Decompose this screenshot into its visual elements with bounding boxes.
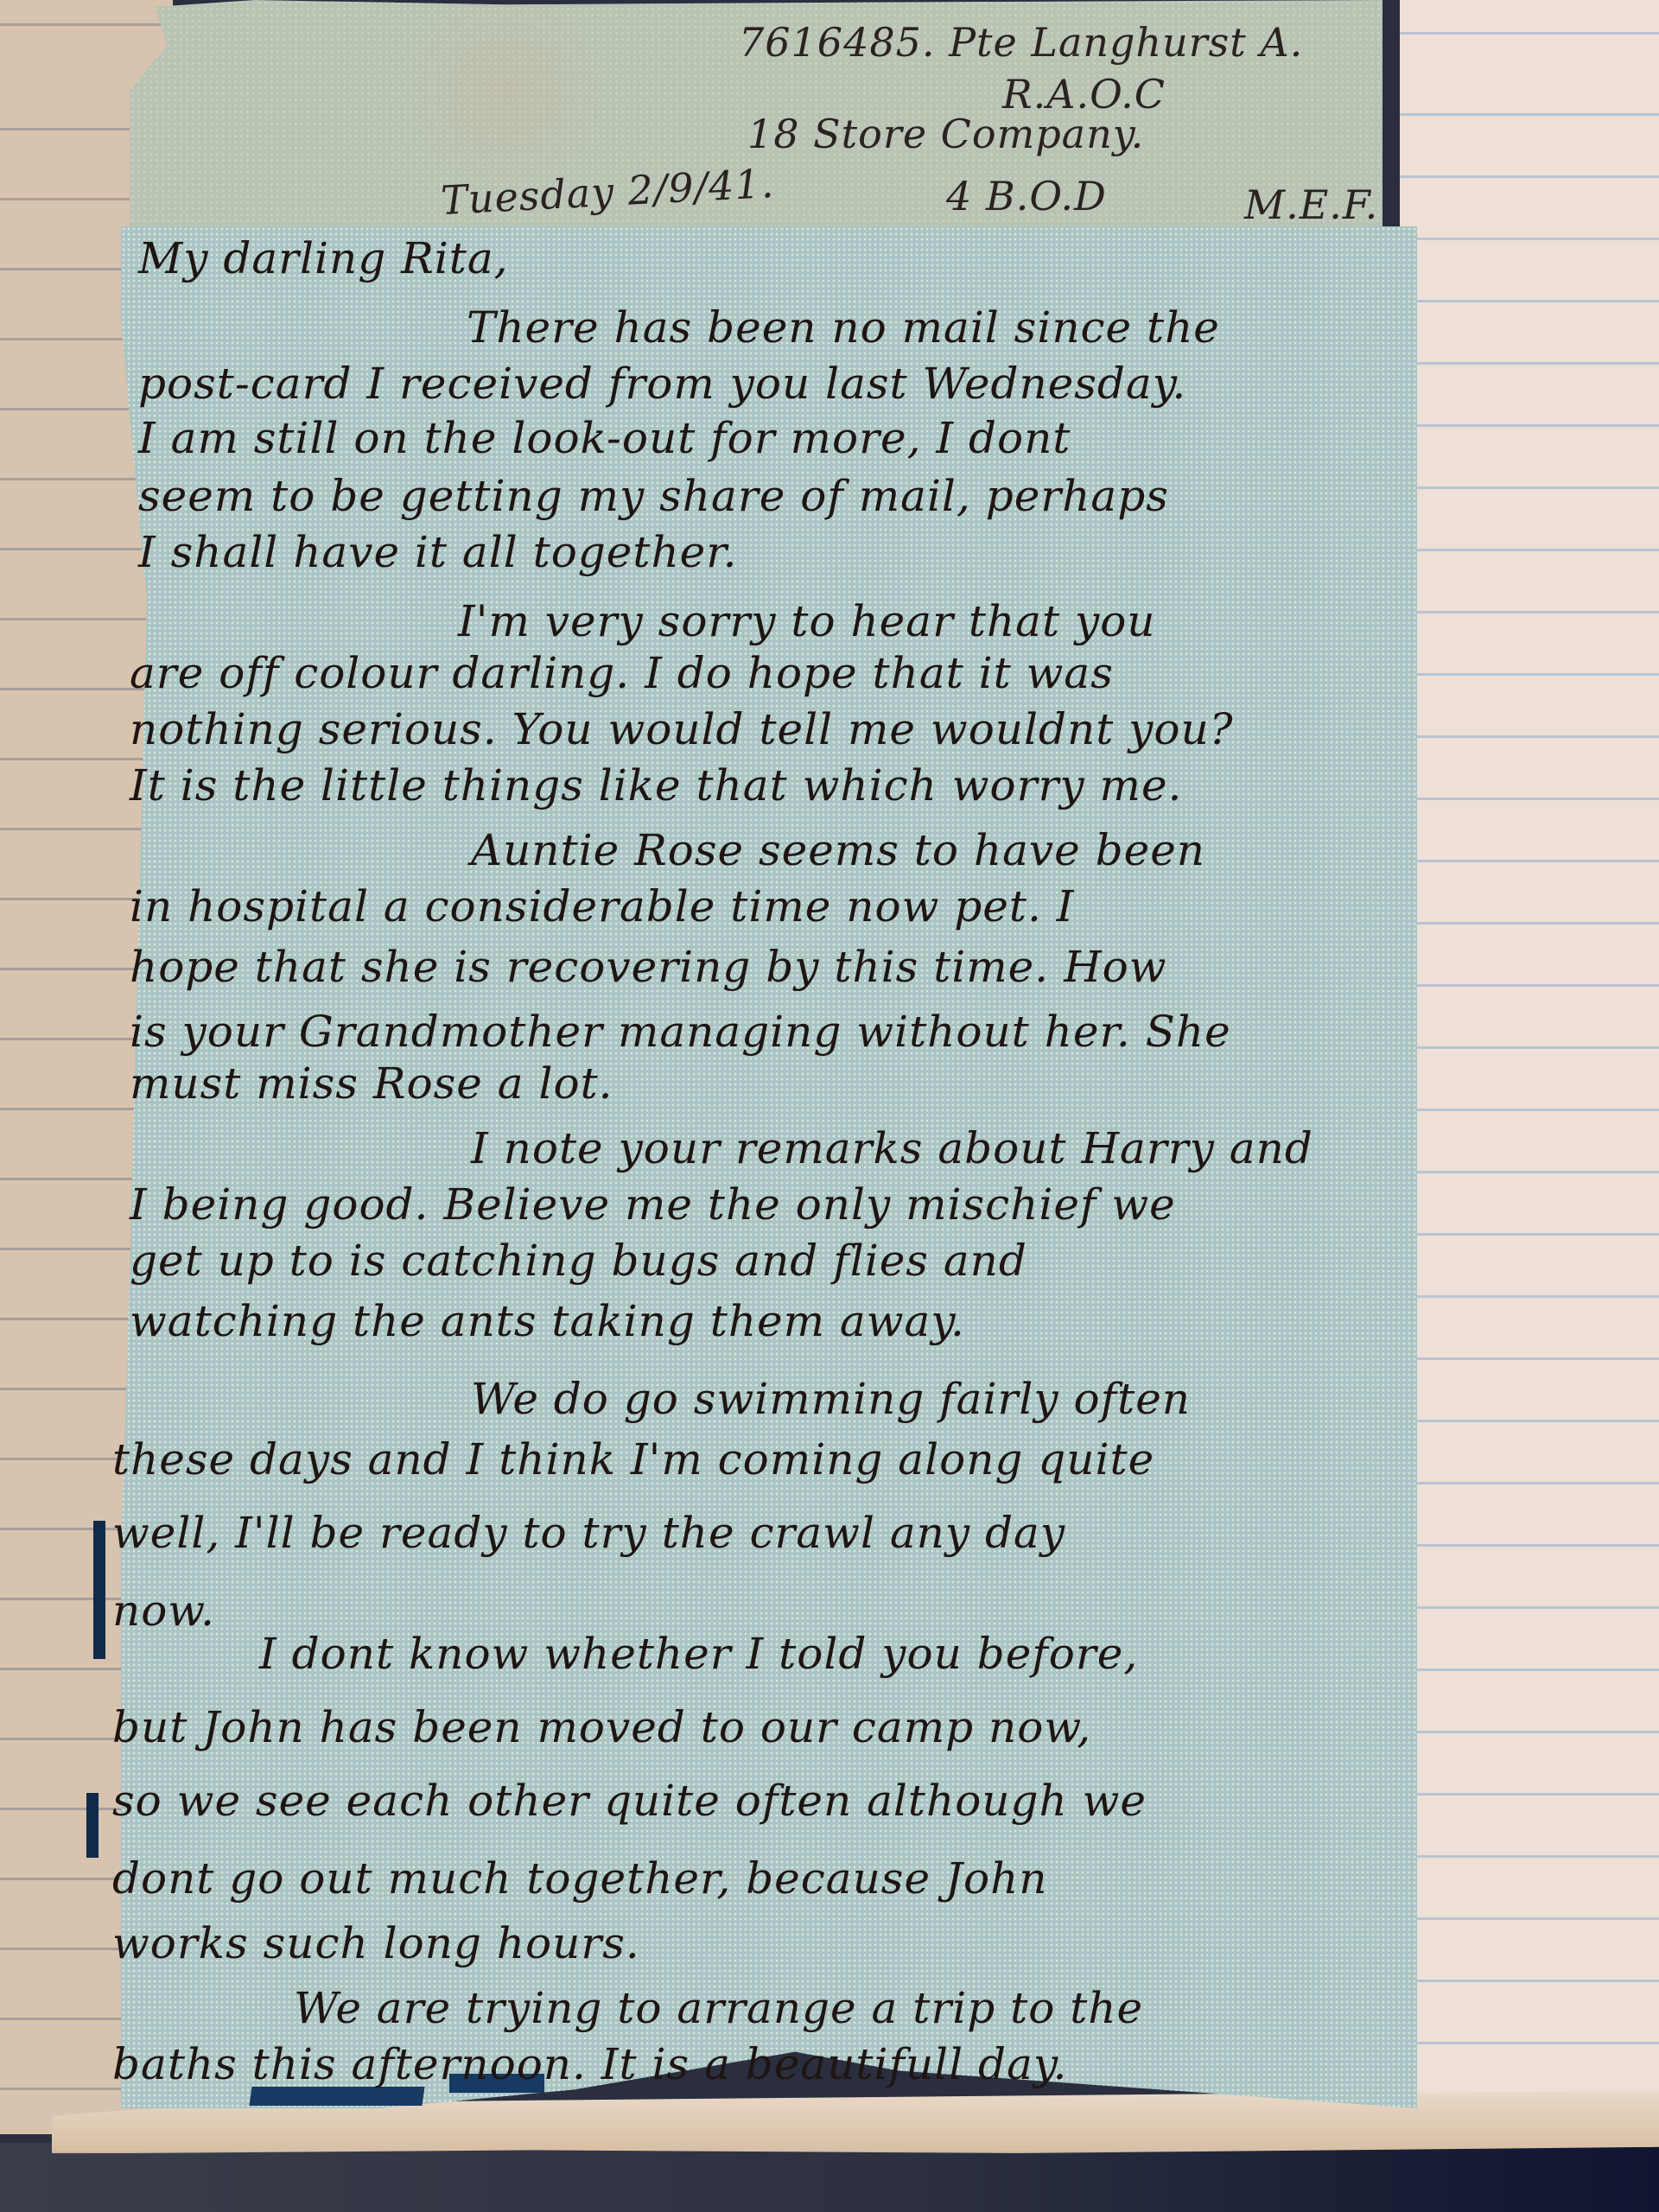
letter-line: is your Grandmother managing without her…: [130, 1007, 1231, 1057]
dark-background: [0, 2143, 1659, 2212]
letter-line: I shall have it all together.: [138, 527, 738, 577]
navy-border-fragment: [93, 1521, 105, 1659]
letter-line: I being good. Believe me the only mischi…: [130, 1179, 1176, 1230]
letter-line: dont go out much together, because John: [112, 1853, 1047, 1904]
letter-line: I note your remarks about Harry and: [471, 1123, 1313, 1173]
letter-line: I'm very sorry to hear that you: [458, 596, 1156, 646]
notebook-page-right: [1400, 0, 1659, 2134]
letter-line: must miss Rose a lot.: [130, 1058, 613, 1109]
letter-line: get up to is catching bugs and flies and: [130, 1236, 1027, 1286]
letter-line: hope that she is recovering by this time…: [130, 942, 1167, 992]
letter-line: We are trying to arrange a trip to the: [294, 1983, 1143, 2033]
letter-line: Auntie Rose seems to have been: [471, 825, 1205, 875]
letter-line: but John has been moved to our camp now,: [112, 1702, 1091, 1752]
letter-line: now.: [112, 1586, 215, 1636]
navy-border-fragment: [86, 1793, 99, 1858]
navy-border-fragment: [249, 2087, 424, 2106]
sender-force: M.E.F.: [1244, 181, 1378, 228]
letter-line: these days and I think I'm coming along …: [112, 1434, 1154, 1484]
letter-salutation: My darling Rita,: [138, 233, 509, 283]
letter-line: There has been no mail since the: [467, 302, 1220, 353]
letter-line: I am still on the look-out for more, I d…: [138, 413, 1071, 463]
letter-line: nothing serious. You would tell me would…: [130, 704, 1234, 754]
letter-line: seem to be getting my share of mail, per…: [138, 471, 1169, 521]
letter-line: baths this afternoon. It is a beautifull…: [112, 2039, 1067, 2089]
sender-depot: 4 B.O.D: [946, 173, 1107, 219]
letter-line: works such long hours.: [112, 1918, 640, 1968]
letter-line: We do go swimming fairly often: [471, 1374, 1191, 1424]
letter-line: are off colour darling. I do hope that i…: [130, 648, 1114, 698]
letter-line: I dont know whether I told you before,: [259, 1629, 1138, 1679]
letter-line: It is the little things like that which …: [130, 760, 1182, 810]
letter-line: so we see each other quite often althoug…: [112, 1776, 1147, 1826]
letter-line: watching the ants taking them away.: [130, 1296, 965, 1346]
sender-service-number-name: 7616485. Pte Langhurst A.: [739, 19, 1303, 66]
letter-line: post-card I received from you last Wedne…: [138, 359, 1186, 409]
letter-line: well, I'll be ready to try the crawl any…: [112, 1508, 1065, 1558]
letter-line: in hospital a considerable time now pet.…: [130, 881, 1075, 931]
sender-unit: 18 Store Company.: [747, 111, 1144, 157]
